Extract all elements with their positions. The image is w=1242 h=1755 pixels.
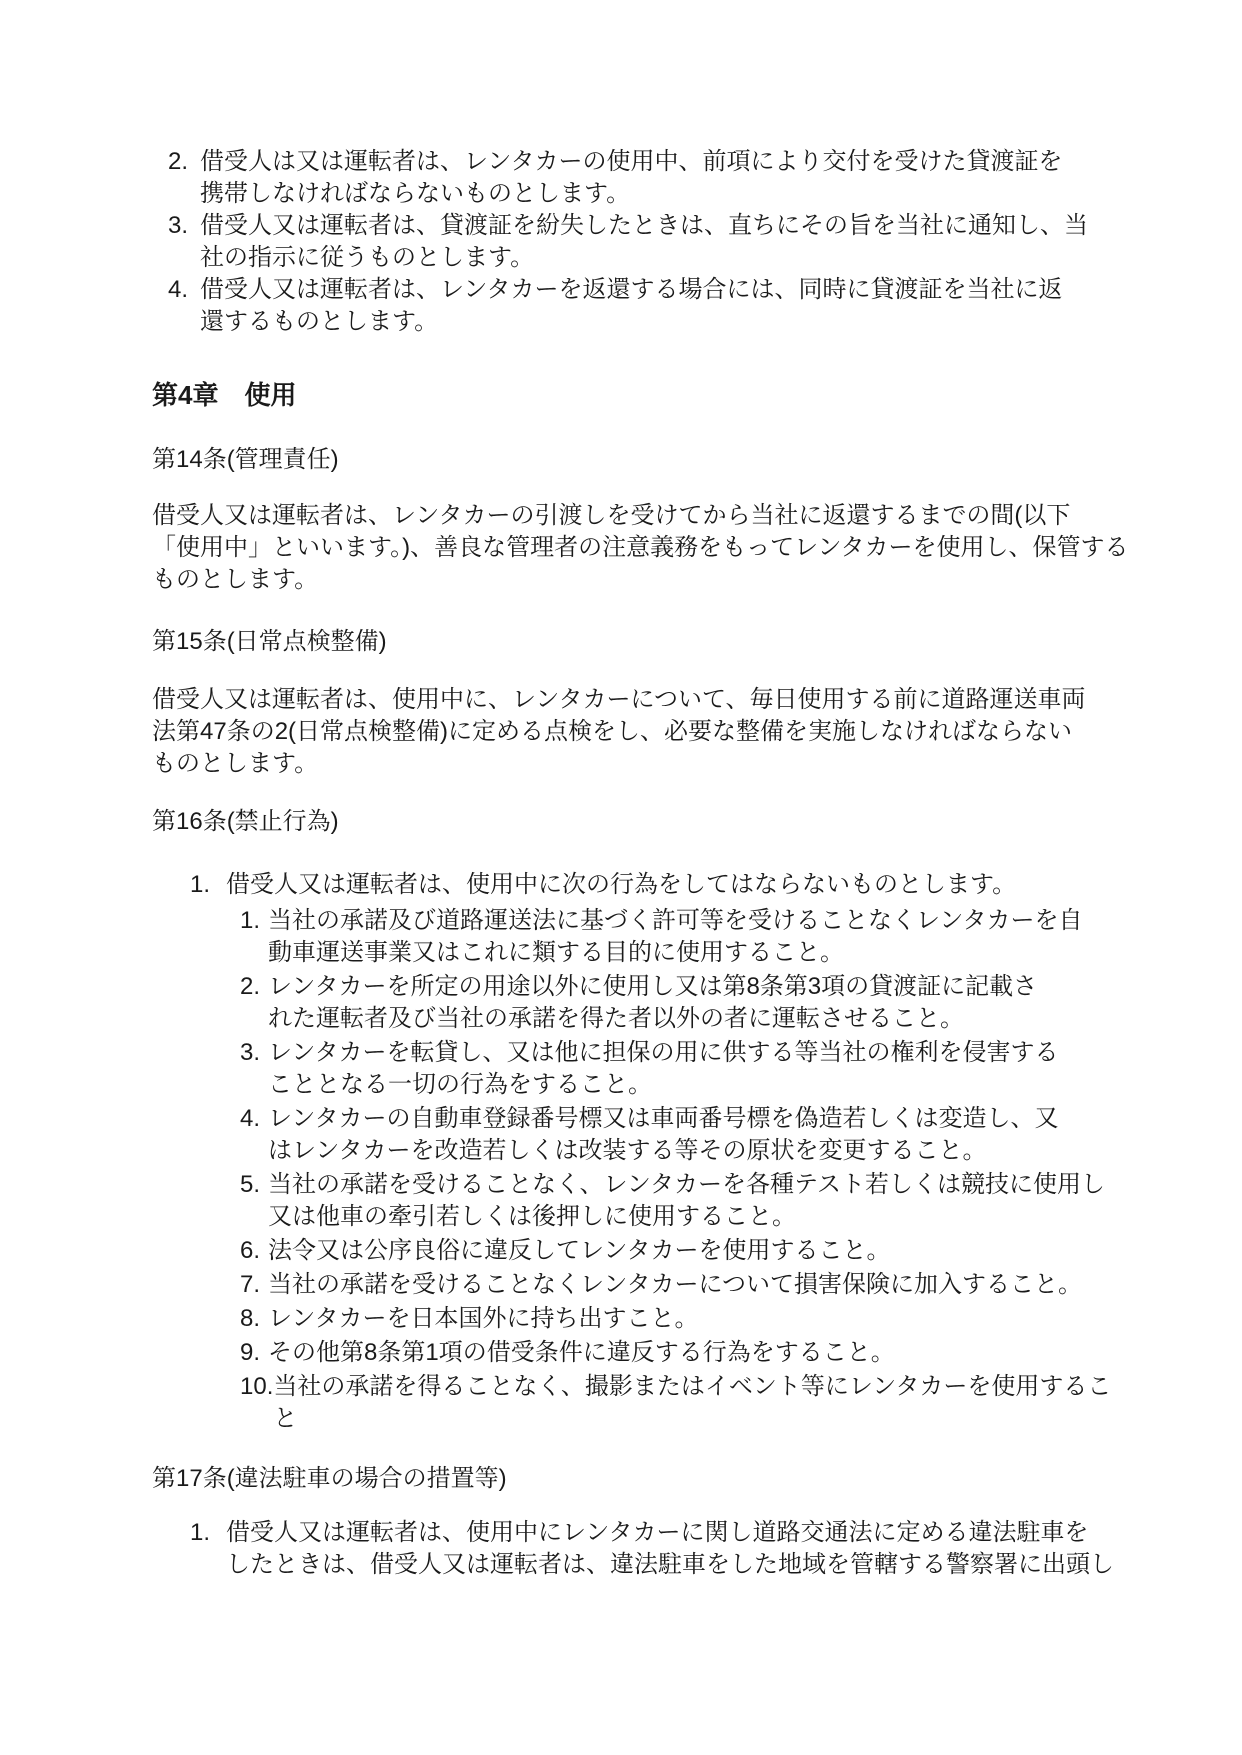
list-item: 7. 当社の承諾を受けることなくレンタカーについて損害保険に加入すること。 [240, 1269, 1242, 1301]
item-number: 9. [240, 1337, 268, 1369]
item-number: 4. [168, 274, 200, 306]
document-content: 2. 借受人は又は運転者は、レンタカーの使用中、前項により交付を受けた貸渡証を … [0, 0, 1242, 1581]
list-item: 5. 当社の承諾を受けることなく、レンタカーを各種テスト若しくは競技に使用し 又… [240, 1169, 1242, 1233]
list-item: 10. 当社の承諾を得ることなく、撮影またはイベント等にレンタカーを使用するこ … [240, 1371, 1242, 1435]
item-number: 1. [190, 1517, 226, 1549]
list-item: 9. その他第8条第1項の借受条件に違反する行為をすること。 [240, 1337, 1242, 1369]
list-item: 1. 借受人又は運転者は、使用中にレンタカーに関し道路交通法に定める違法駐車を … [190, 1517, 1242, 1581]
item-number: 1. [240, 905, 268, 937]
item-text: 借受人又は運転者は、貸渡証を紛失したときは、直ちにその旨を当社に通知し、当 社の… [200, 210, 1088, 274]
item-text: レンタカーを所定の用途以外に使用し又は第8条第3項の貸渡証に記載さ れた運転者及… [268, 971, 1037, 1035]
item-number: 7. [240, 1269, 268, 1301]
article-14-heading: 第14条(管理責任) [152, 444, 1242, 476]
item-number: 3. [168, 210, 200, 242]
item-text: その他第8条第1項の借受条件に違反する行為をすること。 [268, 1337, 895, 1369]
list-item: 4. レンタカーの自動車登録番号標又は車両番号標を偽造若しくは変造し、又 はレン… [240, 1103, 1242, 1167]
item-text: 当社の承諾を得ることなく、撮影またはイベント等にレンタカーを使用するこ と [273, 1371, 1111, 1435]
list-item: 8. レンタカーを日本国外に持ち出すこと。 [240, 1303, 1242, 1335]
item-text: 借受人又は運転者は、レンタカーを返還する場合には、同時に貸渡証を当社に返 還する… [200, 274, 1062, 338]
item-number: 3. [240, 1037, 268, 1069]
item-text: 法令又は公序良俗に違反してレンタカーを使用すること。 [268, 1235, 890, 1267]
list-item: 2. レンタカーを所定の用途以外に使用し又は第8条第3項の貸渡証に記載さ れた運… [240, 971, 1242, 1035]
item-text: 借受人又は運転者は、使用中にレンタカーに関し道路交通法に定める違法駐車を したと… [226, 1517, 1114, 1581]
list-item: 3. 借受人又は運転者は、貸渡証を紛失したときは、直ちにその旨を当社に通知し、当… [168, 210, 1242, 274]
item-text: 借受人又は運転者は、使用中に次の行為をしてはならないものとします。 [226, 869, 1016, 901]
chapter-4-heading: 第4章 使用 [152, 376, 1242, 414]
item-text: 借受人は又は運転者は、レンタカーの使用中、前項により交付を受けた貸渡証を 携帯し… [200, 146, 1062, 210]
item-number: 10. [240, 1371, 273, 1403]
list-item: 1. 当社の承諾及び道路運送法に基づく許可等を受けることなくレンタカーを自 動車… [240, 905, 1242, 969]
item-text: 当社の承諾を受けることなく、レンタカーを各種テスト若しくは競技に使用し 又は他車… [268, 1169, 1105, 1233]
article-16-item-list: 1. 借受人又は運転者は、使用中に次の行為をしてはならないものとします。 [0, 869, 1242, 901]
item-number: 4. [240, 1103, 268, 1135]
item-number: 2. [240, 971, 268, 1003]
item-text: レンタカーを日本国外に持ち出すこと。 [268, 1303, 698, 1335]
prohibited-acts-list: 1. 当社の承諾及び道路運送法に基づく許可等を受けることなくレンタカーを自 動車… [0, 905, 1242, 1435]
list-item: 6. 法令又は公序良俗に違反してレンタカーを使用すること。 [240, 1235, 1242, 1267]
article-15-body: 借受人又は運転者は、使用中に、レンタカーについて、毎日使用する前に道路運送車両 … [152, 684, 1242, 780]
item-number: 1. [190, 869, 226, 901]
document-page: 2. 借受人は又は運転者は、レンタカーの使用中、前項により交付を受けた貸渡証を … [0, 0, 1242, 1755]
item-text: レンタカーの自動車登録番号標又は車両番号標を偽造若しくは変造し、又 はレンタカー… [268, 1103, 1058, 1167]
article-15-heading: 第15条(日常点検整備) [152, 626, 1242, 658]
carry-certificate-list: 2. 借受人は又は運転者は、レンタカーの使用中、前項により交付を受けた貸渡証を … [0, 146, 1242, 338]
list-item: 4. 借受人又は運転者は、レンタカーを返還する場合には、同時に貸渡証を当社に返 … [168, 274, 1242, 338]
item-number: 5. [240, 1169, 268, 1201]
item-number: 8. [240, 1303, 268, 1335]
article-17-item-list: 1. 借受人又は運転者は、使用中にレンタカーに関し道路交通法に定める違法駐車を … [0, 1517, 1242, 1581]
item-text: 当社の承諾を受けることなくレンタカーについて損害保険に加入すること。 [268, 1269, 1082, 1301]
item-text: レンタカーを転貸し、又は他に担保の用に供する等当社の権利を侵害する こととなる一… [268, 1037, 1058, 1101]
item-number: 6. [240, 1235, 268, 1267]
article-16-heading: 第16条(禁止行為) [152, 806, 1242, 838]
list-item: 3. レンタカーを転貸し、又は他に担保の用に供する等当社の権利を侵害する ことと… [240, 1037, 1242, 1101]
list-item: 1. 借受人又は運転者は、使用中に次の行為をしてはならないものとします。 [190, 869, 1242, 901]
article-14-body: 借受人又は運転者は、レンタカーの引渡しを受けてから当社に返還するまでの間(以下 … [152, 500, 1242, 596]
list-item: 2. 借受人は又は運転者は、レンタカーの使用中、前項により交付を受けた貸渡証を … [168, 146, 1242, 210]
item-number: 2. [168, 146, 200, 178]
item-text: 当社の承諾及び道路運送法に基づく許可等を受けることなくレンタカーを自 動車運送事… [268, 905, 1082, 969]
article-17-heading: 第17条(違法駐車の場合の措置等) [152, 1463, 1242, 1495]
